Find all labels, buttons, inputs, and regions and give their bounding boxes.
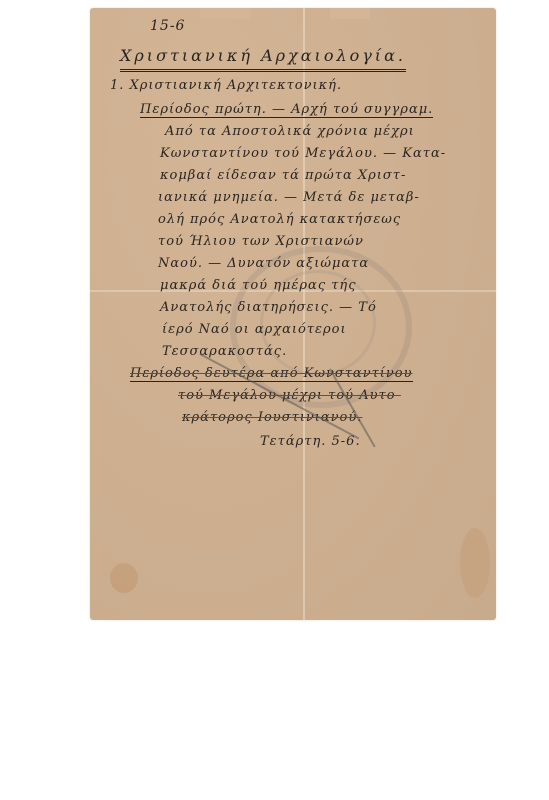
page-number: 15-6 bbox=[150, 18, 185, 34]
text-line: Κωνσταντίνου τού Μεγάλου. — Κατα- bbox=[160, 146, 446, 161]
stain bbox=[110, 563, 138, 593]
struck-heading: Περίοδος δευτέρα από Κωνσταντίνου bbox=[130, 366, 413, 382]
text-line: κομβαί είδεσαν τά πρώτα Χριστ- bbox=[160, 168, 406, 183]
stain bbox=[460, 528, 490, 598]
manuscript-page: 15-6 Χριστιανική Αρχαιολογία. 1. Χριστια… bbox=[90, 8, 496, 620]
text-line: Από τα Αποστολικά χρόνια μέχρι bbox=[165, 124, 415, 139]
paper-tab bbox=[200, 8, 250, 19]
text-line: Ανατολής διατηρήσεις. — Τό bbox=[160, 300, 377, 315]
text-line: τού Ήλιου των Χριστιανών bbox=[158, 234, 364, 249]
text-line: Περίοδος πρώτη. — Αρχή τού συγγραμ. bbox=[140, 102, 433, 118]
text-line: Ναού. — Δυνατόν αξιώματα bbox=[158, 256, 369, 271]
text-line: ίερό Ναό οι αρχαιότεροι bbox=[162, 322, 347, 337]
text-line: ιανικά μνημεία. — Μετά δε μεταβ- bbox=[158, 190, 420, 205]
struck-line: κράτορος Ιουστινιανού. bbox=[182, 410, 362, 425]
text-line: Τεσσαρακοστάς. bbox=[162, 344, 287, 359]
text-line: μακρά διά τού ημέρας τής bbox=[160, 278, 357, 293]
document-title: Χριστιανική Αρχαιολογία. bbox=[120, 46, 406, 72]
text-line: ολή πρός Ανατολή κατακτήσεως bbox=[158, 212, 401, 227]
paper-tab bbox=[330, 8, 370, 19]
signature-line: Τετάρτη. 5-6. bbox=[260, 434, 361, 449]
section-heading: 1. Χριστιανική Αρχιτεκτονική. bbox=[110, 78, 342, 93]
